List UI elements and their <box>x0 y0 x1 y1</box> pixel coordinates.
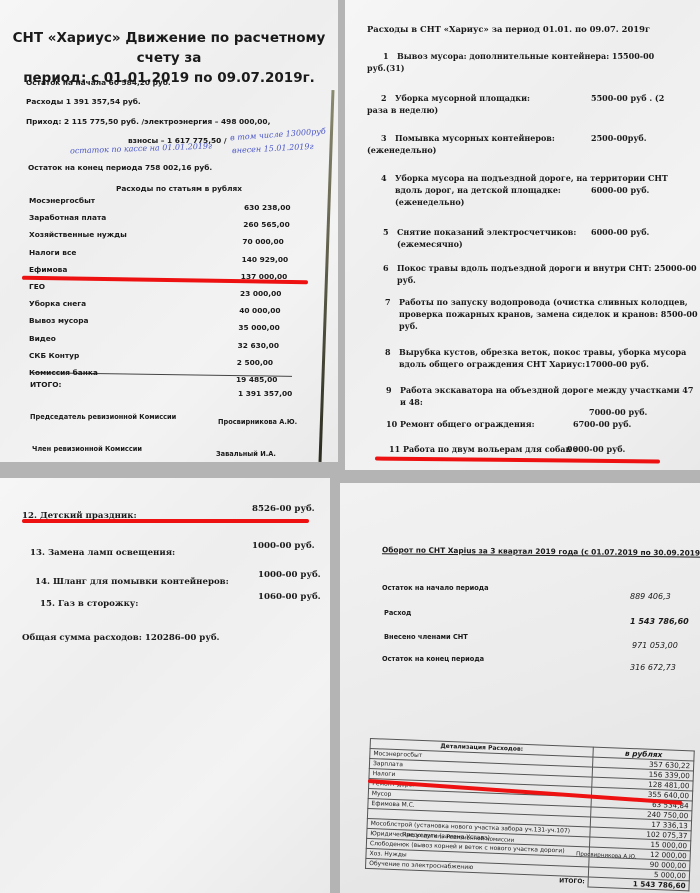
opening-balance: Остаток на начала 60 584,20 руб. <box>26 78 171 87</box>
expense-item-text: Работы по запуску водопровода (очистка с… <box>399 296 688 308</box>
expense-item-amount: 2500-00руб. <box>591 132 647 144</box>
expense-item-amount: 7000-00 руб. <box>589 406 647 418</box>
document-expenses-continued: Общая сумма расходов: 120286-00 руб. 12.… <box>0 478 332 893</box>
income-line: Приход: 2 115 775,50 руб. /электроэнерги… <box>26 117 270 126</box>
total-expenses: Общая сумма расходов: 120286-00 руб. <box>22 633 220 643</box>
expense-item-text: Вырубка кустов, обрезка веток, покос тра… <box>399 346 686 358</box>
document-expenses-list: Расходы в СНТ «Хариус» за период 01.01. … <box>345 0 700 470</box>
total-value: 1 391 357,00 <box>238 389 292 398</box>
expense-detail-table: Детализация Расходов: в рублях Мосэнерго… <box>365 738 695 891</box>
expense-item-text: и 48: <box>400 396 423 408</box>
expense-item-value: 2 500,00 <box>237 358 273 367</box>
expense-item-amount: 6000-00 руб. <box>591 226 649 238</box>
expense-item-number: 2 <box>381 92 387 104</box>
expense-item-value: 140 929,00 <box>242 255 289 264</box>
document-quarter-turnover: Оборот по СНТ Харius за 3 квартал 2019 г… <box>340 483 700 893</box>
expense-item-text: руб. <box>397 274 416 286</box>
expense-item-text: 13. Замена ламп освещения: <box>30 548 175 558</box>
summary-value: 889 406,3 <box>630 592 671 601</box>
chair-name: Просвирникова А.Ю. <box>218 418 297 426</box>
expense-item-amount: 1000-00 руб. <box>258 570 321 580</box>
expense-item-value: 40 000,00 <box>239 306 280 315</box>
summary-value: 1 543 786,60 <box>630 617 689 626</box>
expense-item-amount: 9000-00 руб. <box>567 443 625 455</box>
expense-item-label: СКБ Контур <box>29 351 79 360</box>
expense-item-text: 12. Детский праздник: <box>22 511 137 521</box>
expense-item-text: раза в неделю) <box>367 104 438 116</box>
closing-balance: Остаток на конец периода 758 002,16 руб. <box>28 163 212 172</box>
expense-item-text: руб.(31) <box>367 62 405 74</box>
document-heading: Расходы в СНТ «Хариус» за период 01.01. … <box>367 24 650 34</box>
expense-item-number: 5 <box>383 226 389 238</box>
expense-item-value: 260 565,00 <box>243 220 290 229</box>
expense-item-text: Работа экскаватора на объездной дороге м… <box>400 384 693 396</box>
summary-label: Остаток на начало периода <box>382 584 489 592</box>
expense-item-label: Видео <box>29 334 56 343</box>
expense-item-text: Ремонт общего ограждения: <box>400 418 535 430</box>
summary-label: Внесено членами СНТ <box>384 633 468 641</box>
expense-item-value: 137 000,00 <box>241 272 288 281</box>
expense-item-label: Вывоз мусора <box>29 316 89 325</box>
expense-item-text: (еженедельно) <box>367 144 436 156</box>
expense-item-label: Хозяйственные нужды <box>29 230 127 239</box>
expense-item-number: 9 <box>386 384 392 396</box>
summary-label: Остаток на конец периода <box>382 655 484 663</box>
expense-item-number: 11 <box>389 443 400 455</box>
expense-item-label: Комиссия банка <box>29 368 98 377</box>
expenses-total: Расходы 1 391 357,54 руб. <box>26 97 141 106</box>
expense-item-value: 630 238,00 <box>244 203 291 212</box>
expense-item-number: 7 <box>385 296 391 308</box>
expense-item-text: вдоль общего ограждения СНТ Хариус: <box>399 358 585 370</box>
expense-item-amount: 1000-00 руб. <box>252 541 315 551</box>
expense-item-label: Мосэнергосбыт <box>29 196 95 205</box>
document-account-movement: СНТ «Хариус» Движение по расчетному счет… <box>0 0 338 462</box>
expense-item-value: 32 630,00 <box>238 341 279 350</box>
expense-item-amount: 5500-00 руб . (2 <box>591 92 664 104</box>
expense-item-value: 70 000,00 <box>242 237 283 246</box>
title-line-1: СНТ «Хариус» Движение по расчетному счет… <box>0 28 338 68</box>
expense-item-text: Работа по двум вольерам для собак : <box>403 443 577 455</box>
member-name: Завальный И.А. <box>216 450 276 458</box>
total-label: ИТОГО: <box>30 380 61 389</box>
chair-role: Председатель ревизионной Комиссии <box>30 413 176 421</box>
expense-item-text: руб. <box>399 320 418 332</box>
expense-item-label: Уборка снега <box>29 299 86 308</box>
expense-item-number: 6 <box>383 262 389 274</box>
summary-value: 316 672,73 <box>630 663 676 672</box>
expense-item-text: Покос травы вдоль подъездной дороги и вн… <box>397 262 697 274</box>
expense-item-text: Уборка мусорной площадки: <box>395 92 530 104</box>
expense-item-number: 3 <box>381 132 387 144</box>
expense-item-text: (ежемесячно) <box>397 238 463 250</box>
expense-item-amount: 8526-00 руб. <box>252 504 315 514</box>
expense-item-label: ГЕО <box>29 282 45 291</box>
expense-item-number: 1 <box>383 50 389 62</box>
expense-item-text: (еженедельно) <box>395 196 464 208</box>
summary-label: Расход <box>384 609 411 617</box>
expense-item-text: Снятие показаний электросчетчиков: <box>397 226 576 238</box>
expense-item-text: Уборка мусора на подъездной дороге, на т… <box>395 172 668 184</box>
expense-item-label: Заработная плата <box>29 213 106 222</box>
expense-item-text: 15. Газ в сторожку: <box>40 599 138 609</box>
expense-item-label: Налоги все <box>29 248 76 257</box>
member-role: Член ревизионной Комиссии <box>32 445 142 453</box>
expense-item-amount: 1060-00 руб. <box>258 592 321 602</box>
expense-item-text: Помывка мусорных контейнеров: <box>395 132 555 144</box>
summary-value: 971 053,00 <box>632 641 678 650</box>
expense-item-amount: 6000-00 руб. <box>591 184 649 196</box>
expense-item-number: 4 <box>381 172 387 184</box>
expense-item-number: 8 <box>385 346 391 358</box>
expense-item-text: Вывоз мусора: дополнительные контейнера:… <box>397 50 654 62</box>
expense-item-text: проверка пожарных кранов, замена сиделок… <box>399 308 698 320</box>
expense-item-number: 10 <box>386 418 397 430</box>
expense-item-amount: 17000-00 руб. <box>585 358 649 370</box>
expense-item-text: вдоль дорог, на детской площадке: <box>395 184 561 196</box>
expense-item-label: Ефимова <box>29 265 67 274</box>
expense-item-text: 14. Шланг для помывки контейнеров: <box>35 577 229 587</box>
expense-item-amount: 6700-00 руб. <box>573 418 631 430</box>
table-heading: Расходы по статьям в рублях <box>116 184 242 193</box>
expense-item-value: 23 000,00 <box>240 289 281 298</box>
expense-item-value: 35 000,00 <box>238 323 279 332</box>
expense-item-value: 19 485,00 <box>236 375 277 384</box>
